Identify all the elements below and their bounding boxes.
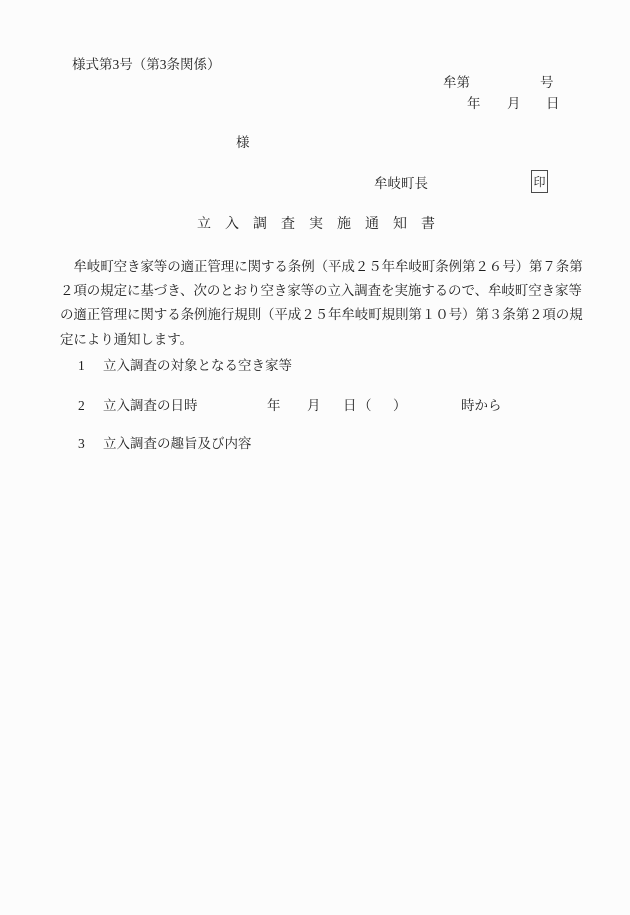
body-line: 牟岐町空き家等の適正管理に関する条例（平成２５年牟岐町条例第２６号）第７条第	[60, 255, 576, 279]
day-label: 日	[343, 397, 357, 414]
month-label: 月	[307, 397, 321, 414]
date-month-label: 月	[507, 95, 521, 112]
item-number: 3	[78, 435, 85, 452]
time-from-label: 時から	[461, 397, 502, 414]
weekday-paren-close: ）	[393, 397, 407, 414]
doc-number-suffix: 号	[540, 74, 554, 91]
item-label: 立入調査の対象となる空き家等	[103, 357, 292, 374]
item-2-inspection-datetime: 2 立入調査の日時 年 月 日 （ ） 時から	[0, 397, 630, 415]
year-label: 年	[267, 397, 281, 414]
document-page: 様式第3号（第3条関係） 牟第 号 年 月 日 様 牟岐町長 印 立 入 調 査…	[0, 0, 630, 915]
item-3-inspection-purpose: 3 立入調査の趣旨及び内容	[0, 435, 630, 453]
item-number: 1	[78, 357, 85, 374]
weekday-paren-open: （	[358, 397, 372, 414]
seal-box: 印	[531, 170, 548, 193]
addressee-honorific: 様	[236, 134, 250, 151]
document-title: 立 入 調 査 実 施 通 知 書	[60, 213, 572, 233]
date-day-label: 日	[546, 95, 560, 112]
item-1-target-vacant-house: 1 立入調査の対象となる空き家等	[0, 357, 630, 375]
seal-label: 印	[533, 173, 545, 190]
body-line: の適正管理に関する条例施行規則（平成２５年牟岐町規則第１０号）第３条第２項の規	[60, 303, 576, 327]
item-label: 立入調査の日時	[103, 397, 198, 414]
item-label: 立入調査の趣旨及び内容	[103, 435, 252, 452]
doc-number-prefix: 牟第	[443, 74, 470, 91]
body-line: ２項の規定に基づき、次のとおり空き家等の立入調査を実施するので、牟岐町空き家等	[60, 279, 576, 303]
body-paragraph: 牟岐町空き家等の適正管理に関する条例（平成２５年牟岐町条例第２６号）第７条第 ２…	[60, 255, 576, 352]
body-line: 定により通知します。	[60, 328, 576, 352]
form-number: 様式第3号（第3条関係）	[72, 56, 221, 73]
item-number: 2	[78, 397, 85, 414]
date-year-label: 年	[467, 95, 481, 112]
sender-title: 牟岐町長	[374, 175, 428, 192]
